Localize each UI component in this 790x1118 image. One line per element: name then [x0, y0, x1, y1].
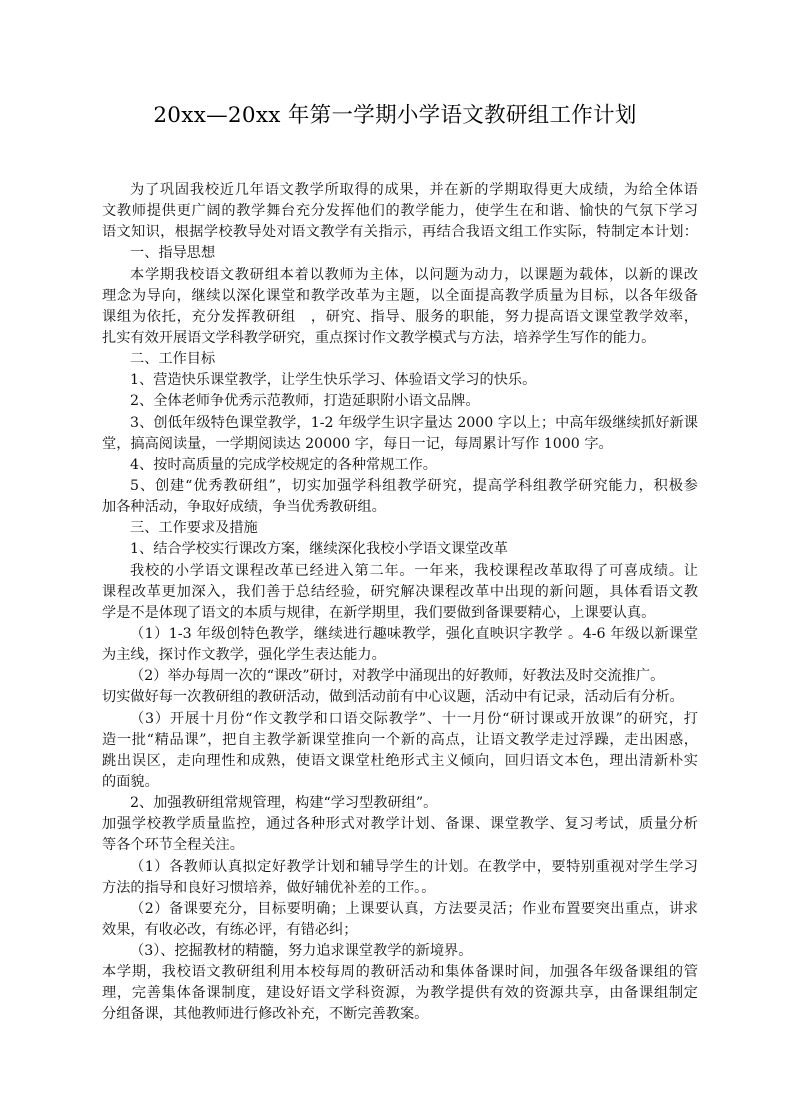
text-line: 三、工作要求及措施 [102, 518, 698, 539]
text-line: 堂，搞高阅读量，一学期阅读达 20000 字，每日一记，每周累计写作 1000 … [102, 434, 698, 455]
text-line: （3）开展十月份“作文教学和口语交际教学”、十一月份“研讨课或开放课”的研究，打 [102, 709, 698, 730]
text-line: （2）备课要充分，目标要明确；上课要认真，方法要灵活；作业布置要突出重点，讲求 [102, 899, 698, 920]
text-line: 加各种活动，争取好成绩，争当优秀教研组。 [102, 497, 698, 518]
text-line: （2）举办每周一次的“课改”研讨，对教学中涌现出的好教师，好教法及时交流推广。 [102, 666, 698, 687]
text-line: 效果，有收必改，有练必评，有错必纠； [102, 920, 698, 941]
text-line: 2、全体老师争优秀示范教师，打造延职附小语文品牌。 [102, 391, 698, 412]
text-line: 为主线，探讨作文教学，强化学生表达能力。 [102, 645, 698, 666]
text-line: 方法的指导和良好习惯培养，做好辅优补差的工作。。 [102, 878, 698, 899]
text-line: 加强学校教学质量监控，通过各种形式对教学计划、备课、课堂教学、复习考试，质量分析 [102, 814, 698, 835]
text-line: 为了巩固我校近几年语文教学所取得的成果，并在新的学期取得更大成绩，为给全体语 [102, 180, 698, 201]
text-line: 3、创低年级特色课堂教学，1-2 年级学生识字量达 2000 字以上；中高年级继… [102, 413, 698, 434]
text-line: 二、工作目标 [102, 349, 698, 370]
text-line: （1）1-3 年级创特色教学，继续进行趣味教学，强化直映识字教学 。4-6 年级… [102, 624, 698, 645]
text-line: 课组为依托，充分发挥教研组 ，研究、指导、服务的职能，努力提高语文课堂教学效率， [102, 307, 698, 328]
text-line: 4、按时高质量的完成学校规定的各种常规工作。 [102, 455, 698, 476]
text-line: 5、创建“优秀教研组”，切实加强学科组教学研究，提高学科组教学研究能力，积极参 [102, 476, 698, 497]
text-line: 的面貌。 [102, 772, 698, 793]
text-line: 本学期，我校语文教研组利用本校每周的教研活动和集体备课时间，加强各年级备课组的管 [102, 962, 698, 983]
text-line: 语文知识，根据学校教导处对语文教学有关指示，再结合我语文组工作实际，特制定本计划… [102, 222, 698, 243]
text-line: 理，完善集体备课制度，建设好语文学科资源，为教学提供有效的资源共享，由备课组制定 [102, 983, 698, 1004]
text-line: （3）、挖掘教材的精髓，努力追求课堂教学的新境界。 [102, 941, 698, 962]
text-line: 分组备课，其他教师进行修改补充，不断完善教案。 [102, 1004, 698, 1025]
document-page: 20xx—20xx 年第一学期小学语文教研组工作计划 为了巩固我校近几年语文教学… [0, 0, 790, 1118]
text-line: 等各个环节全程关注。 [102, 835, 698, 856]
text-line: 切实做好每一次教研组的教研活动，做到活动前有中心议题，活动中有记录，活动后有分析… [102, 687, 698, 708]
text-line: 本学期我校语文教研组本着以教师为主体，以问题为动力，以课题为载体，以新的课改 [102, 265, 698, 286]
document-body: 为了巩固我校近几年语文教学所取得的成果，并在新的学期取得更大成绩，为给全体语文教… [102, 180, 698, 1026]
text-line: 扎实有效开展语文学科教学研究，重点探讨作文教学模式与方法，培养学生写作的能力。 [102, 328, 698, 349]
text-line: 我校的小学语文课程改革已经进入第二年。一年来，我校课程改革取得了可喜成绩。让 [102, 561, 698, 582]
text-line: 课程改革更加深入，我们善于总结经验，研究解决课程改革中出现的新问题，具体看语文教 [102, 582, 698, 603]
text-line: 一、指导思想 [102, 243, 698, 264]
text-line: 2、加强教研组常规管理，构建“学习型教研组”。 [102, 793, 698, 814]
text-line: 理念为导向，继续以深化课堂和教学改革为主题，以全面提高教学质量为目标，以各年级备 [102, 286, 698, 307]
text-line: （1）各教师认真拟定好教学计划和辅导学生的计划。在教学中，要特别重视对学生学习 [102, 857, 698, 878]
text-line: 学是不是体现了语文的本质与规律，在新学期里，我们要做到备课要精心，上课要认真。 [102, 603, 698, 624]
text-line: 跳出误区，走向理性和成熟，使语文课堂杜绝形式主义倾向，回归语文本色，理出清新朴实 [102, 751, 698, 772]
document-title: 20xx—20xx 年第一学期小学语文教研组工作计划 [0, 101, 790, 131]
text-line: 1、营造快乐课堂教学，让学生快乐学习、体验语文学习的快乐。 [102, 370, 698, 391]
text-line: 文教师提供更广阔的教学舞台充分发挥他们的教学能力，使学生在和谐、愉快的气氛下学习 [102, 201, 698, 222]
text-line: 造一批“精品课”，把自主教学新课堂推向一个新的高点，让语文教学走过浮躁，走出困惑… [102, 730, 698, 751]
text-line: 1、结合学校实行课改方案，继续深化我校小学语文课堂改革 [102, 539, 698, 560]
